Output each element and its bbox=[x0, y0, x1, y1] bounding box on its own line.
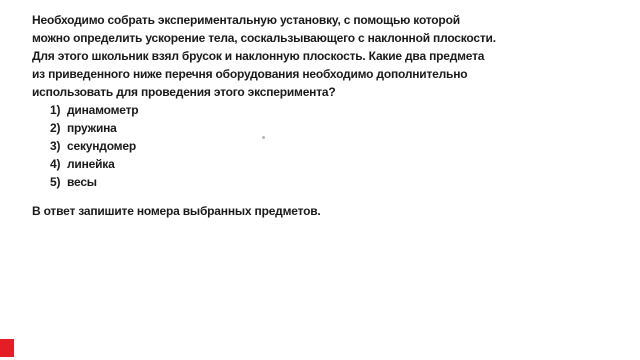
option-number: 3) bbox=[50, 137, 67, 155]
stray-dot bbox=[262, 136, 265, 139]
option-number: 2) bbox=[50, 119, 67, 137]
option-number: 5) bbox=[50, 173, 67, 191]
question-text-line: Необходимо собрать экспериментальную уст… bbox=[32, 11, 456, 29]
option-number: 4) bbox=[50, 155, 67, 173]
option-item: 1)динамометр bbox=[32, 101, 456, 119]
option-label: пружина bbox=[67, 121, 117, 135]
option-item: 4)линейка bbox=[32, 155, 456, 173]
question-block: Необходимо собрать экспериментальную уст… bbox=[32, 11, 456, 220]
question-text-line: можно определить ускорение тела, соскаль… bbox=[32, 29, 456, 47]
option-item: 3)секундомер bbox=[32, 137, 456, 155]
option-item: 5)весы bbox=[32, 173, 456, 191]
options-list: 1)динамометр 2)пружина 3)секундомер 4)ли… bbox=[32, 101, 456, 191]
question-text-line: Для этого школьник взял брусок и наклонн… bbox=[32, 47, 456, 65]
question-text-line: из приведенного ниже перечня оборудовани… bbox=[32, 65, 456, 83]
option-number: 1) bbox=[50, 101, 67, 119]
option-label: весы bbox=[67, 175, 97, 189]
option-label: секундомер bbox=[67, 139, 136, 153]
question-text-line: использовать для проведения этого экспер… bbox=[32, 83, 456, 101]
option-label: линейка bbox=[67, 157, 115, 171]
option-label: динамометр bbox=[67, 103, 138, 117]
red-corner-marker bbox=[0, 339, 14, 357]
option-item: 2)пружина bbox=[32, 119, 456, 137]
answer-instruction: В ответ запишите номера выбранных предме… bbox=[32, 202, 456, 220]
question-paragraph: Необходимо собрать экспериментальную уст… bbox=[32, 11, 456, 101]
